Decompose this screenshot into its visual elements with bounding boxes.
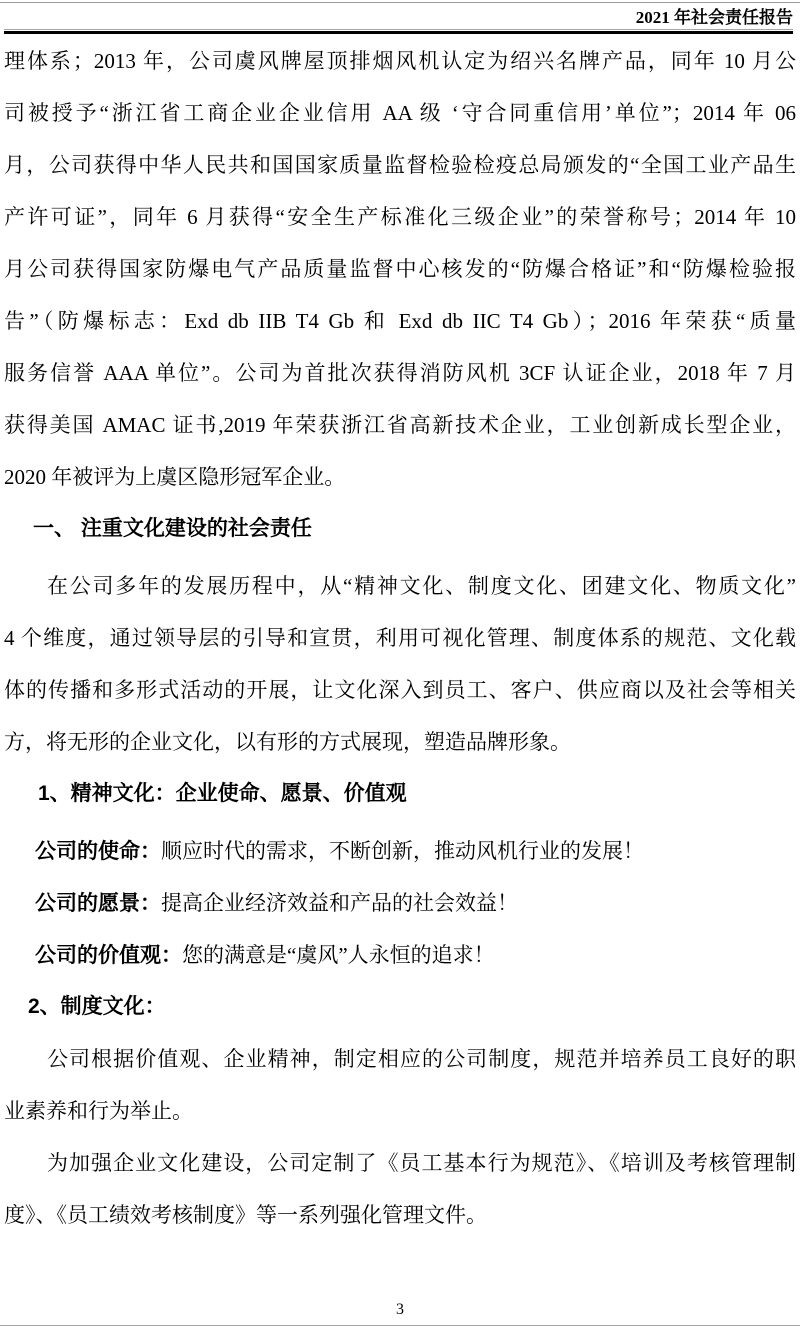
subsection-heading-system-culture: 2、制度文化：: [4, 981, 796, 1033]
text-line: 月，公司获得中华人民共和国国家质量监督检验检疫总局颁发的“全国工业产品生: [4, 139, 796, 191]
text-line: 月公司获得国家防爆电气产品质量监督中心核发的“防爆合格证”和“防爆检验报: [4, 243, 796, 295]
text-line: 告”（防爆标志：Exd db IIB T4 Gb 和 Exd db IIC T4…: [4, 295, 796, 347]
company-values-line: 公司的价值观：您的满意是“虞风”人永恒的追求！: [4, 929, 796, 981]
values-label: 公司的价值观：: [35, 944, 182, 967]
vision-text: 提高企业经济效益和产品的社会效益！: [161, 891, 518, 915]
text-line: 方，将无形的企业文化，以有形的方式展现，塑造品牌形象。: [4, 716, 796, 768]
header-title: 2021 年社会责任报告: [4, 8, 793, 27]
text-line: 业素养和行为举止。: [4, 1085, 796, 1137]
text-line: 司被授予“浙江省工商企业企业信用 AA 级 ‘守合同重信用’单位”；2014 年…: [4, 87, 796, 139]
page-header: 2021 年社会责任报告: [0, 0, 800, 34]
company-mission-line: 公司的使命：顺应时代的需求，不断创新，推动风机行业的发展！: [4, 825, 796, 877]
text-line: 产许可证”，同年 6 月获得“安全生产标准化三级企业”的荣誉称号；2014 年 …: [4, 191, 796, 243]
mission-text: 顺应时代的需求，不断创新，推动风机行业的发展！: [161, 839, 644, 863]
text-line: 理体系；2013 年，公司虞风牌屋顶排烟风机认定为绍兴名牌产品，同年 10 月公: [4, 35, 796, 87]
report-page: 2021 年社会责任报告 理体系；2013 年，公司虞风牌屋顶排烟风机认定为绍兴…: [0, 0, 800, 1327]
section-heading-culture-responsibility: 一、 注重文化建设的社会责任: [4, 503, 796, 555]
document-body: 理体系；2013 年，公司虞风牌屋顶排烟风机认定为绍兴名牌产品，同年 10 月公…: [0, 34, 800, 1241]
paragraph-system-culture: 公司根据价值观、企业精神，制定相应的公司制度，规范并培养员工良好的职 业素养和行…: [4, 1033, 796, 1137]
page-bottom-rule: [0, 1325, 800, 1326]
paragraph-culture-overview: 在公司多年的发展历程中，从“精神文化、制度文化、团建文化、物质文化” 4 个维度…: [4, 560, 796, 768]
paragraph-management-documents: 为加强企业文化建设，公司定制了《员工基本行为规范》、《培训及考核管理制 度》、《…: [4, 1137, 796, 1241]
text-line: 度》、《员工绩效考核制度》等一系列强化管理文件。: [4, 1189, 796, 1241]
page-number: 3: [0, 1302, 800, 1318]
text-line: 获得美国 AMAC 证书,2019 年荣获浙江省高新技术企业，工业创新成长型企业…: [4, 399, 796, 451]
page-top-rule: [0, 2, 800, 3]
paragraph-company-honors: 理体系；2013 年，公司虞风牌屋顶排烟风机认定为绍兴名牌产品，同年 10 月公…: [4, 35, 796, 503]
text-line: 4 个维度，通过领导层的引导和宣贯，利用可视化管理、制度体系的规范、文化载: [4, 612, 796, 664]
text-line: 在公司多年的发展历程中，从“精神文化、制度文化、团建文化、物质文化”: [4, 560, 796, 612]
text-line: 为加强企业文化建设，公司定制了《员工基本行为规范》、《培训及考核管理制: [4, 1137, 796, 1189]
text-line: 体的传播和多形式活动的开展，让文化深入到员工、客户、供应商以及社会等相关: [4, 664, 796, 716]
values-text: 您的满意是“虞风”人永恒的追求！: [182, 943, 495, 967]
company-vision-line: 公司的愿景：提高企业经济效益和产品的社会效益！: [4, 877, 796, 929]
text-line: 服务信誉 AAA 单位”。公司为首批次获得消防风机 3CF 认证企业，2018 …: [4, 347, 796, 399]
vision-label: 公司的愿景：: [35, 892, 161, 915]
text-line: 2020 年被评为上虞区隐形冠军企业。: [4, 451, 796, 503]
subsection-heading-spiritual-culture: 1、精神文化：企业使命、愿景、价值观: [4, 768, 796, 820]
text-line: 公司根据价值观、企业精神，制定相应的公司制度，规范并培养员工良好的职: [4, 1033, 796, 1085]
mission-label: 公司的使命：: [35, 840, 161, 863]
